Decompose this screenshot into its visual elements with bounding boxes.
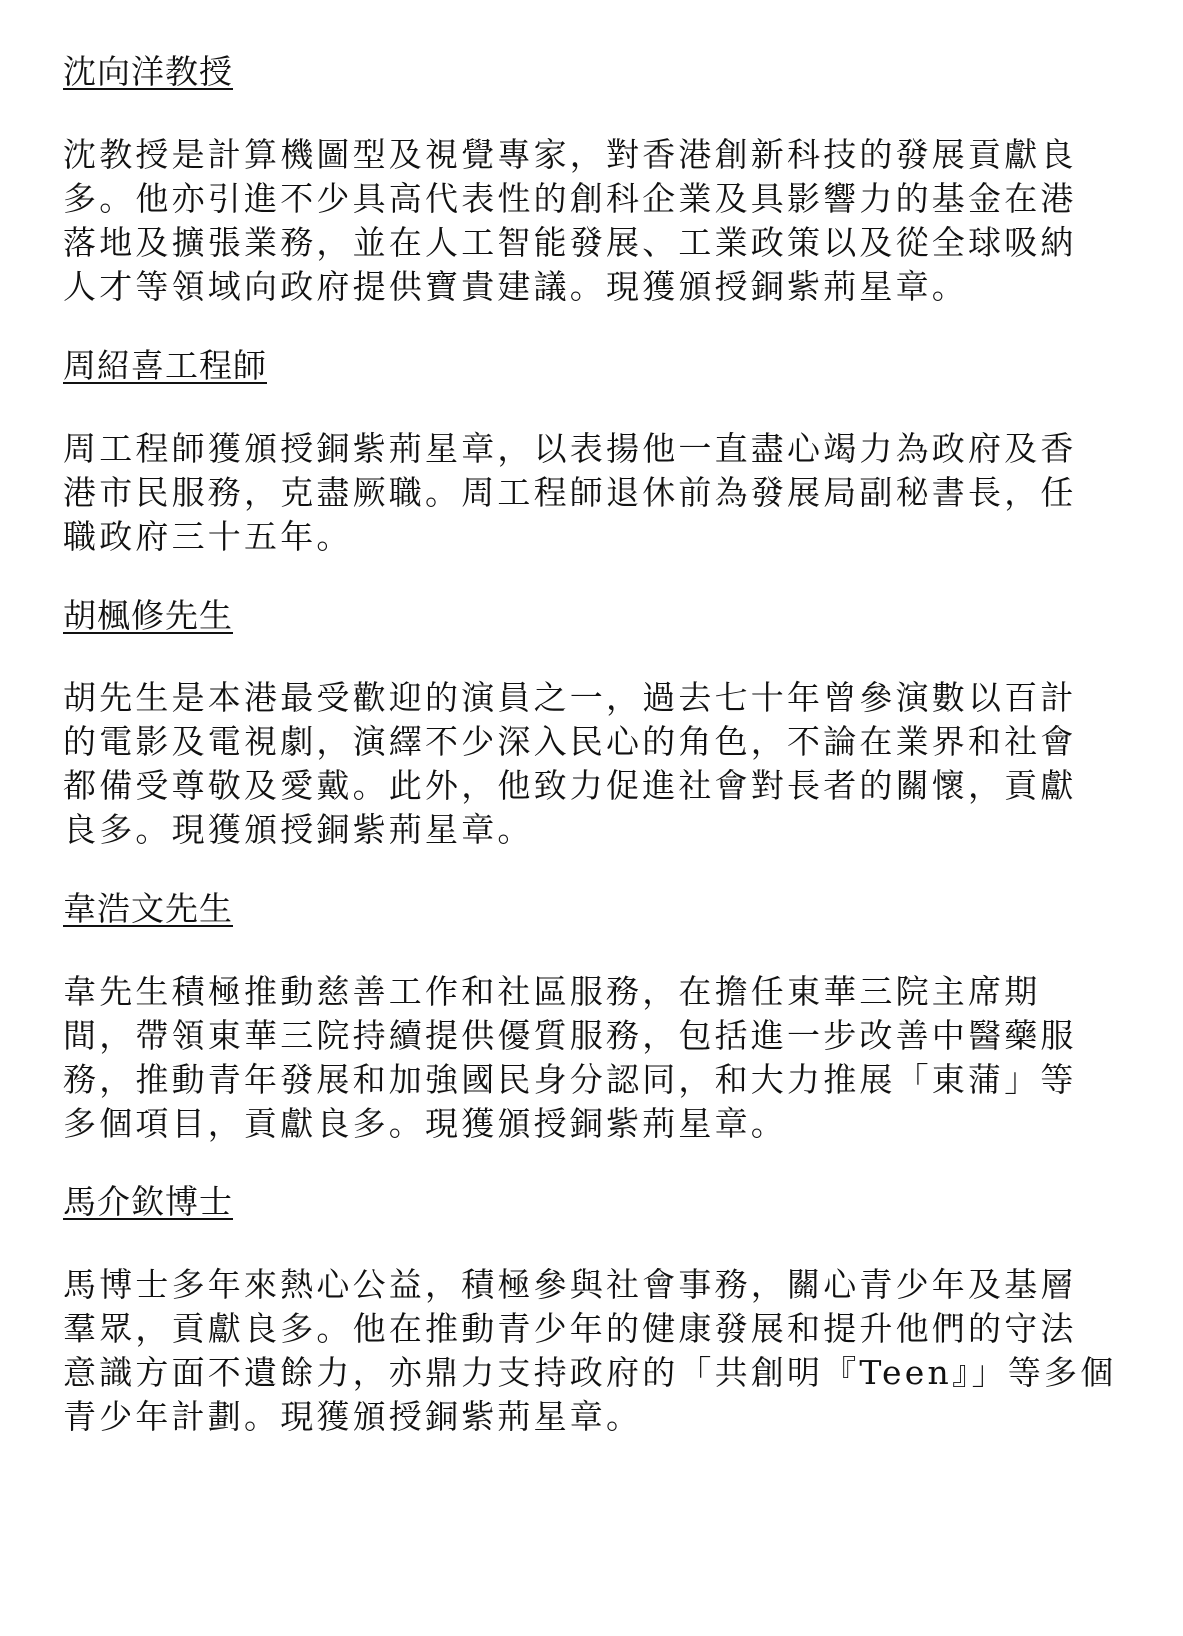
paragraph-line: 落地及擴張業務，並在人工智能發展、工業政策以及從全球吸納 <box>63 221 1093 265</box>
section-heading-wai: 韋浩文先生 <box>63 889 233 929</box>
paragraph-line: 青少年計劃。現獲頒授銅紫荊星章。 <box>63 1395 1093 1439</box>
paragraph-line: 的電影及電視劇，演繹不少深入民心的角色，不論在業界和社會 <box>63 720 1093 764</box>
paragraph-line: 港市民服務，克盡厥職。周工程師退休前為發展局副秘書長，任 <box>63 471 1093 515</box>
paragraph-line: 職政府三十五年。 <box>63 515 1093 559</box>
paragraph-line: 人才等領域向政府提供寶貴建議。現獲頒授銅紫荊星章。 <box>63 265 1093 309</box>
section-paragraph-wu: 胡先生是本港最受歡迎的演員之一，過去七十年曾參演數以百計 的電影及電視劇，演繹不… <box>63 676 1093 852</box>
paragraph-line: 沈教授是計算機圖型及視覺專家，對香港創新科技的發展貢獻良 <box>63 133 1093 177</box>
section-heading-wu: 胡楓修先生 <box>63 596 233 636</box>
paragraph-line: 胡先生是本港最受歡迎的演員之一，過去七十年曾參演數以百計 <box>63 676 1093 720</box>
section-heading-ma: 馬介欽博士 <box>63 1182 233 1222</box>
paragraph-line: 周工程師獲頒授銅紫荊星章，以表揚他一直盡心竭力為政府及香 <box>63 427 1093 471</box>
paragraph-line: 羣眾，貢獻良多。他在推動青少年的健康發展和提升他們的守法 <box>63 1307 1093 1351</box>
section-paragraph-wai: 韋先生積極推動慈善工作和社區服務，在擔任東華三院主席期 間，帶領東華三院持續提供… <box>63 970 1093 1146</box>
section-paragraph-ma: 馬博士多年來熱心公益，積極參與社會事務，關心青少年及基層 羣眾，貢獻良多。他在推… <box>63 1263 1093 1439</box>
paragraph-line: 多。他亦引進不少具高代表性的創科企業及具影響力的基金在港 <box>63 177 1093 221</box>
paragraph-line: 多個項目，貢獻良多。現獲頒授銅紫荊星章。 <box>63 1102 1093 1146</box>
paragraph-line: 馬博士多年來熱心公益，積極參與社會事務，關心青少年及基層 <box>63 1263 1093 1307</box>
section-paragraph-chau: 周工程師獲頒授銅紫荊星章，以表揚他一直盡心竭力為政府及香 港市民服務，克盡厥職。… <box>63 427 1093 559</box>
section-heading-shum: 沈向洋教授 <box>63 52 233 92</box>
section-heading-chau: 周紹喜工程師 <box>63 346 267 386</box>
paragraph-line: 間，帶領東華三院持續提供優質服務，包括進一步改善中醫藥服 <box>63 1014 1093 1058</box>
paragraph-line: 意識方面不遺餘力，亦鼎力支持政府的「共創明『Teen』」等多個 <box>63 1351 1093 1395</box>
paragraph-line: 韋先生積極推動慈善工作和社區服務，在擔任東華三院主席期 <box>63 970 1093 1014</box>
paragraph-line: 良多。現獲頒授銅紫荊星章。 <box>63 808 1093 852</box>
section-paragraph-shum: 沈教授是計算機圖型及視覺專家，對香港創新科技的發展貢獻良 多。他亦引進不少具高代… <box>63 133 1093 309</box>
paragraph-line: 都備受尊敬及愛戴。此外，他致力促進社會對長者的關懷，貢獻 <box>63 764 1093 808</box>
paragraph-line: 務，推動青年發展和加強國民身分認同，和大力推展「東蒲」等 <box>63 1058 1093 1102</box>
